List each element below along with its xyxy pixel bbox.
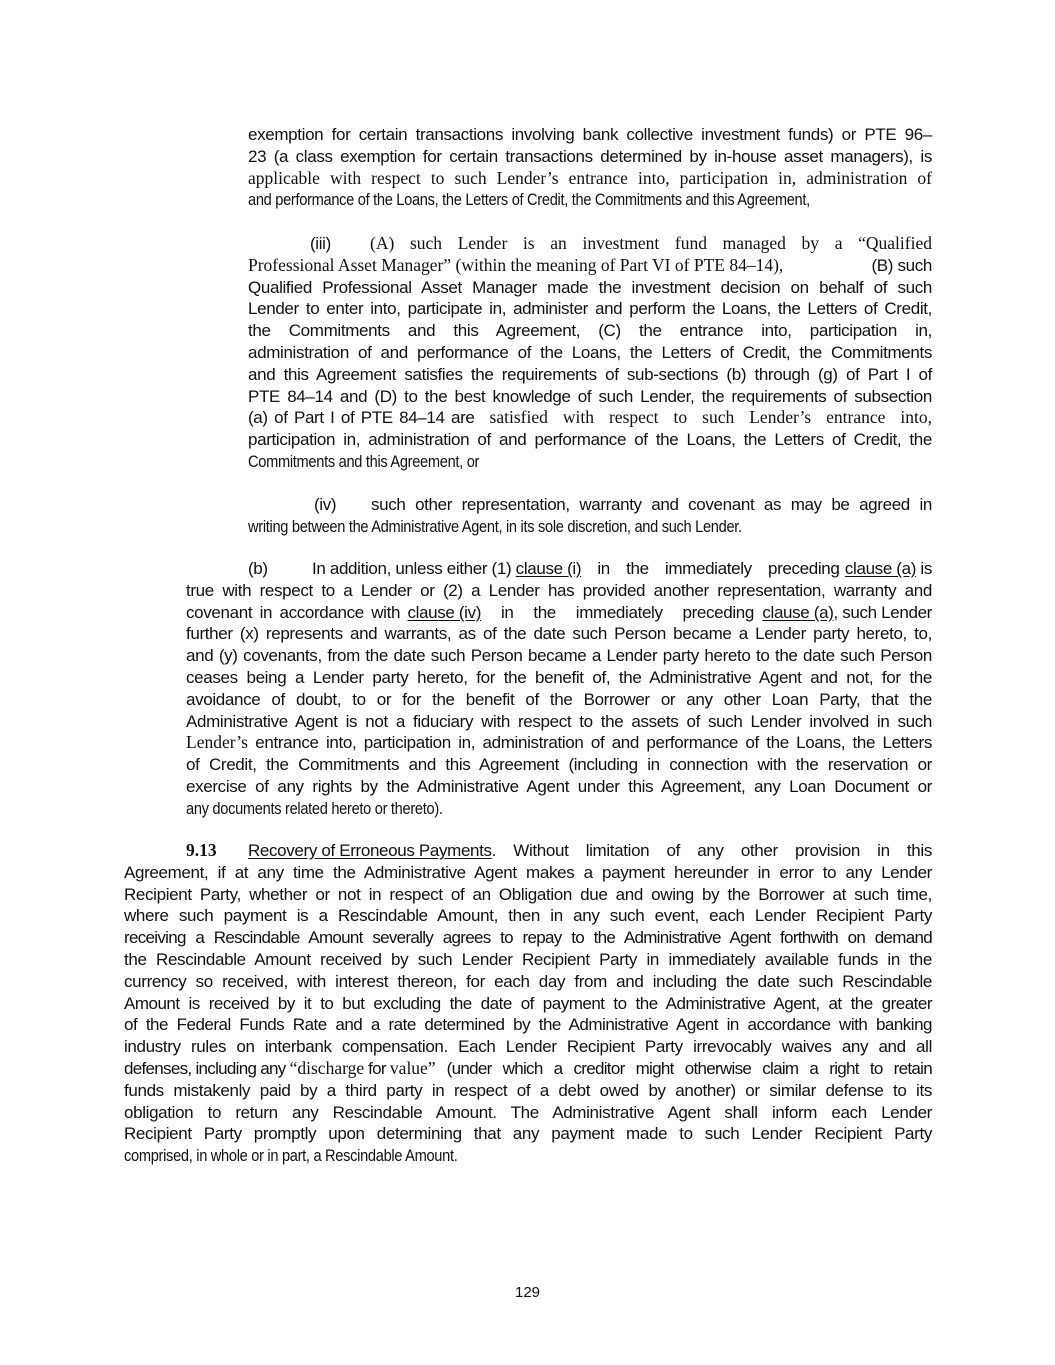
text-fragment: . Without limitation of any other provis… [492, 840, 932, 862]
text-line: currency so received, with interest ther… [124, 971, 932, 993]
text-line: Amount is received by it to but excludin… [124, 993, 932, 1015]
clause-label: (b) [248, 558, 312, 580]
text-line: (b) In addition, unless either (1) claus… [186, 558, 932, 580]
text-line: Lender to enter into, participate in, ad… [248, 298, 932, 320]
cross-reference-link[interactable]: clause (a) [762, 602, 833, 624]
text-line: ceases being a Lender party hereto, for … [186, 667, 932, 689]
text-line: true with respect to a Lender or (2) a L… [186, 580, 932, 602]
clause-label: (iii) [310, 233, 370, 255]
text-fragment: “discharge [290, 1058, 365, 1080]
clause-text: (A) such Lender is an investment fund ma… [370, 233, 932, 255]
clause-text: such other representation, warranty and … [371, 494, 932, 516]
text-line: receiving a Rescindable Amount severally… [124, 927, 932, 949]
text-line: administration of and performance of the… [248, 342, 932, 364]
text-line: funds mistakenly paid by a third party i… [124, 1080, 932, 1102]
text-line: Professional Asset Manager” (within the … [248, 255, 932, 277]
cross-reference-link[interactable]: clause (a) [845, 558, 916, 580]
text-fragment: value” [390, 1058, 436, 1080]
text-line: exemption for certain transactions invol… [248, 124, 932, 146]
page-number: 129 [0, 1284, 1055, 1301]
continuation-paragraph: exemption for certain transactions invol… [248, 124, 932, 211]
text-line: of Credit, the Commitments and this Agre… [186, 754, 932, 776]
text-fragment: (a) of Part I of PTE 84–14 are [248, 407, 475, 429]
cross-reference-link[interactable]: clause (iv) [407, 602, 481, 624]
text-fragment: Lender’s [186, 732, 248, 754]
text-line: Agreement, if at any time the Administra… [124, 862, 932, 884]
text-line: covenant in accordance with clause (iv) … [186, 602, 932, 624]
text-line: 23 (a class exemption for certain transa… [248, 146, 932, 168]
text-line: defenses, including any “discharge for v… [124, 1058, 932, 1080]
text-line: avoidance of doubt, to or for the benefi… [186, 689, 932, 711]
text-line: obligation to return any Rescindable Amo… [124, 1102, 932, 1124]
text-line: (iv) such other representation, warranty… [248, 494, 932, 516]
text-line: exercise of any rights by the Administra… [186, 776, 932, 798]
text-line: the Commitments and this Agreement, (C) … [248, 320, 932, 342]
clause-iv: (iv) such other representation, warranty… [248, 494, 932, 538]
text-fragment: in the immediately preceding [581, 558, 845, 580]
clause-iii: (iii) (A) such Lender is an investment f… [248, 233, 932, 473]
text-line: Recipient Party promptly upon determinin… [124, 1123, 932, 1145]
text-line: (a) of Part I of PTE 84–14 are satisfied… [248, 407, 932, 429]
cross-reference-link[interactable]: clause (i) [516, 558, 581, 580]
section-number: 9.13 [186, 840, 248, 862]
text-fragment: in the immediately preceding [481, 602, 762, 624]
text-fragment: In addition, unless either (1) [312, 558, 516, 580]
text-line: of the Federal Funds Rate and a rate det… [124, 1014, 932, 1036]
text-line: Lender’s entrance into, participation in… [186, 732, 932, 754]
text-line: where such payment is a Rescindable Amou… [124, 905, 932, 927]
text-line: Commitments and this Agreement, or [248, 451, 932, 473]
text-line: any documents related hereto or thereto)… [186, 798, 932, 820]
text-fragment: Professional Asset Manager” (within the … [248, 255, 783, 277]
text-fragment: is [916, 558, 932, 580]
text-fragment: satisfied with respect to such Lender’s … [475, 407, 932, 429]
text-line: Administrative Agent is not a fiduciary … [186, 711, 932, 733]
text-line: and this Agreement satisfies the require… [248, 364, 932, 386]
text-line: comprised, in whole or in part, a Rescin… [124, 1145, 932, 1167]
text-line: Recipient Party, whether or not in respe… [124, 884, 932, 906]
document-page: exemption for certain transactions invol… [0, 0, 1055, 1365]
text-line: PTE 84–14 and (D) to the best knowledge … [248, 386, 932, 408]
section-heading: Recovery of Erroneous Payments [248, 840, 492, 862]
text-fragment: (under which a creditor might otherwise … [436, 1058, 932, 1080]
clause-label: (iv) [314, 494, 371, 516]
text-fragment: covenant in accordance with [186, 602, 407, 624]
section-9-13: 9.13 Recovery of Erroneous Payments . Wi… [124, 840, 932, 1167]
text-line: (iii) (A) such Lender is an investment f… [248, 233, 932, 255]
text-fragment: for [364, 1058, 390, 1080]
text-line: writing between the Administrative Agent… [248, 516, 932, 538]
clause-b: (b) In addition, unless either (1) claus… [186, 558, 932, 820]
text-fragment: , such Lender [834, 602, 932, 624]
text-line: applicable with respect to such Lender’s… [248, 168, 932, 190]
text-line: participation in, administration of and … [248, 429, 932, 451]
text-line: Qualified Professional Asset Manager mad… [248, 277, 932, 299]
text-line: the Rescindable Amount received by such … [124, 949, 932, 971]
text-line: further (x) represents and warrants, as … [186, 623, 932, 645]
text-line: industry rules on interbank compensation… [124, 1036, 932, 1058]
text-line: and (y) covenants, from the date such Pe… [186, 645, 932, 667]
text-fragment: defenses, including any [124, 1058, 290, 1080]
text-fragment: entrance into, participation in, adminis… [248, 732, 932, 754]
text-fragment: (B) such [783, 255, 932, 277]
section-heading-line: 9.13 Recovery of Erroneous Payments . Wi… [124, 840, 932, 862]
text-line: and performance of the Loans, the Letter… [248, 189, 932, 211]
